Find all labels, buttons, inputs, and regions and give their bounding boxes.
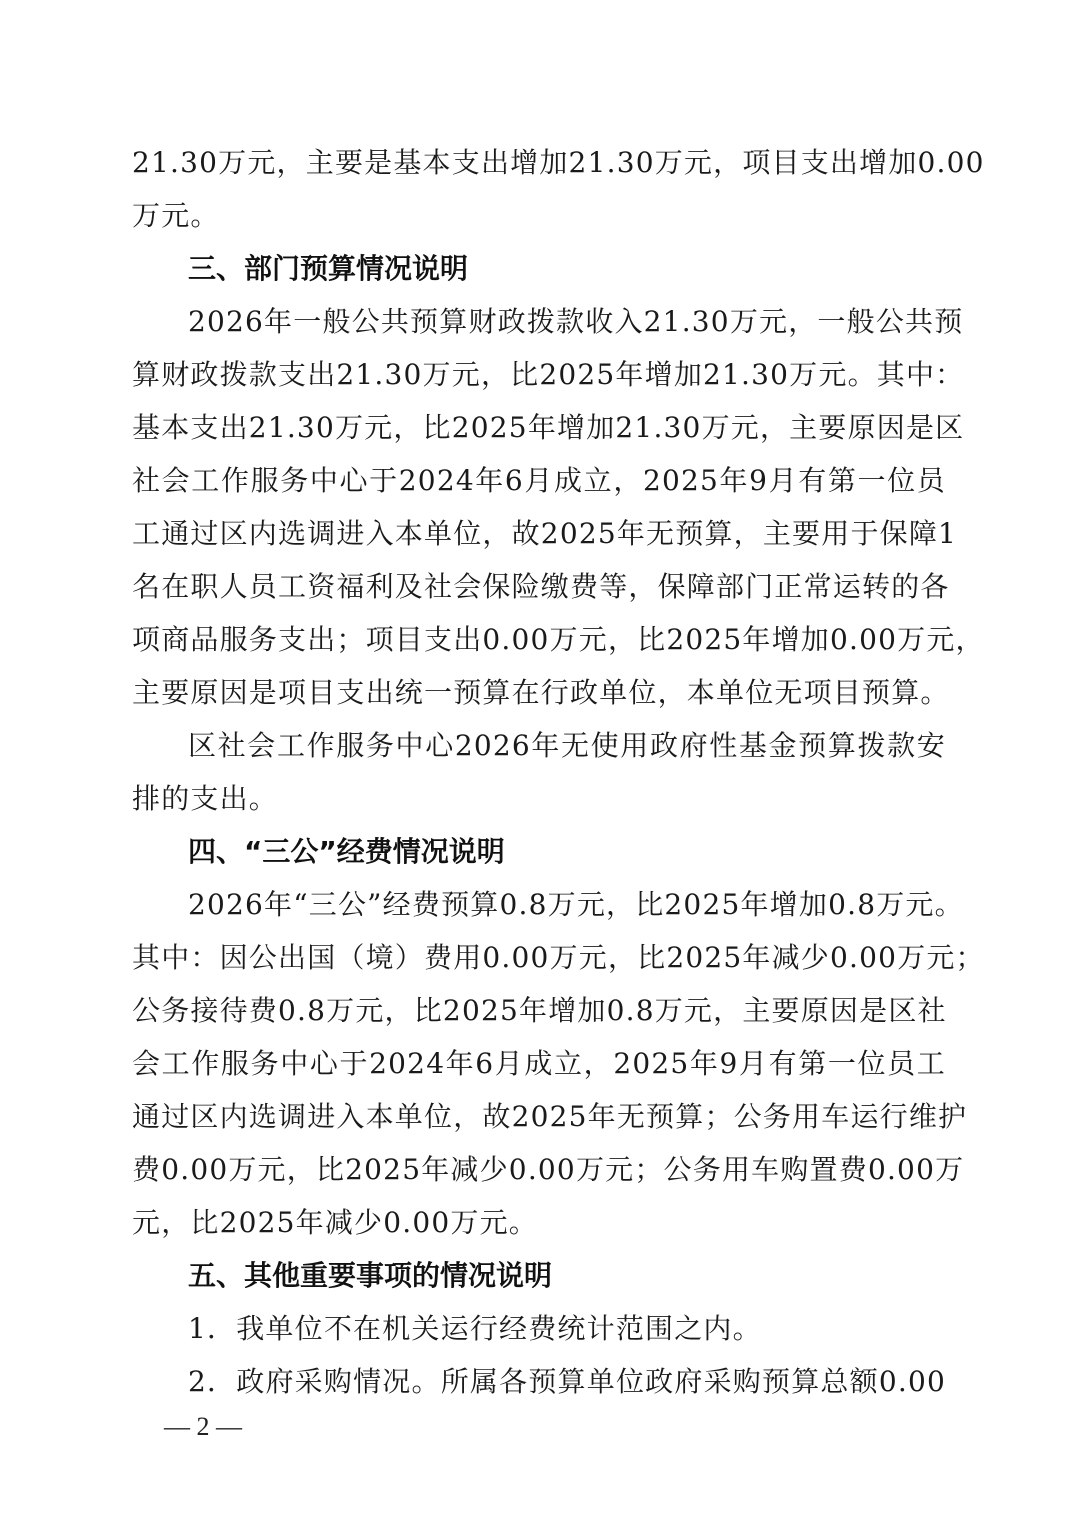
list-item-1: 1．我单位不在机关运行经费统计范围之内。 [188,1312,946,1346]
text-line-11: 主要原因是项目支出统一预算在行政单位，本单位无项目预算。 [132,676,946,710]
text-line-16: 其中：因公出国（境）费用0.00万元，比2025年减少0.00万元； [132,941,946,975]
text-line-10: 项商品服务支出；项目支出0.00万元，比2025年增加0.00万元， [132,623,946,657]
text-line-20: 费0.00万元，比2025年减少0.00万元；公务用车购置费0.00万 [132,1153,946,1187]
list-item-2: 2．政府采购情况。所属各预算单位政府采购预算总额0.00 [188,1365,946,1399]
text-line-17: 公务接待费0.8万元，比2025年增加0.8万元，主要原因是区社 [132,994,946,1028]
section-heading-4: 四、“三公”经费情况说明 [188,835,946,869]
text-line-4: 2026年一般公共预算财政拨款收入21.30万元，一般公共预 [188,305,946,339]
text-line-12: 区社会工作服务中心2026年无使用政府性基金预算拨款安 [188,729,946,763]
section-heading-5: 五、其他重要事项的情况说明 [188,1259,946,1293]
text-line-15: 2026年“三公”经费预算0.8万元，比2025年增加0.8万元。 [188,888,946,922]
text-line-19: 通过区内选调进入本单位，故2025年无预算；公务用车运行维护 [132,1100,946,1134]
text-line-7: 社会工作服务中心于2024年6月成立，2025年9月有第一位员 [132,464,946,498]
text-line-2: 万元。 [132,199,946,233]
text-line-18: 会工作服务中心于2024年6月成立，2025年9月有第一位员工 [132,1047,946,1081]
text-line-5: 算财政拨款支出21.30万元，比2025年增加21.30万元。其中： [132,358,946,392]
text-line-8: 工通过区内选调进入本单位，故2025年无预算，主要用于保障1 [132,517,946,551]
text-line-13: 排的支出。 [132,782,946,816]
document-page: 21.30万元，主要是基本支出增加21.30万元，项目支出增加0.00 万元。 … [0,0,1074,1520]
section-heading-3: 三、部门预算情况说明 [188,252,946,286]
text-line-1: 21.30万元，主要是基本支出增加21.30万元，项目支出增加0.00 [132,146,946,180]
page-number: — 2 — [164,1412,242,1442]
text-line-6: 基本支出21.30万元，比2025年增加21.30万元，主要原因是区 [132,411,946,445]
text-line-21: 元，比2025年减少0.00万元。 [132,1206,946,1240]
text-line-9: 名在职人员工资福利及社会保险缴费等，保障部门正常运转的各 [132,570,946,604]
